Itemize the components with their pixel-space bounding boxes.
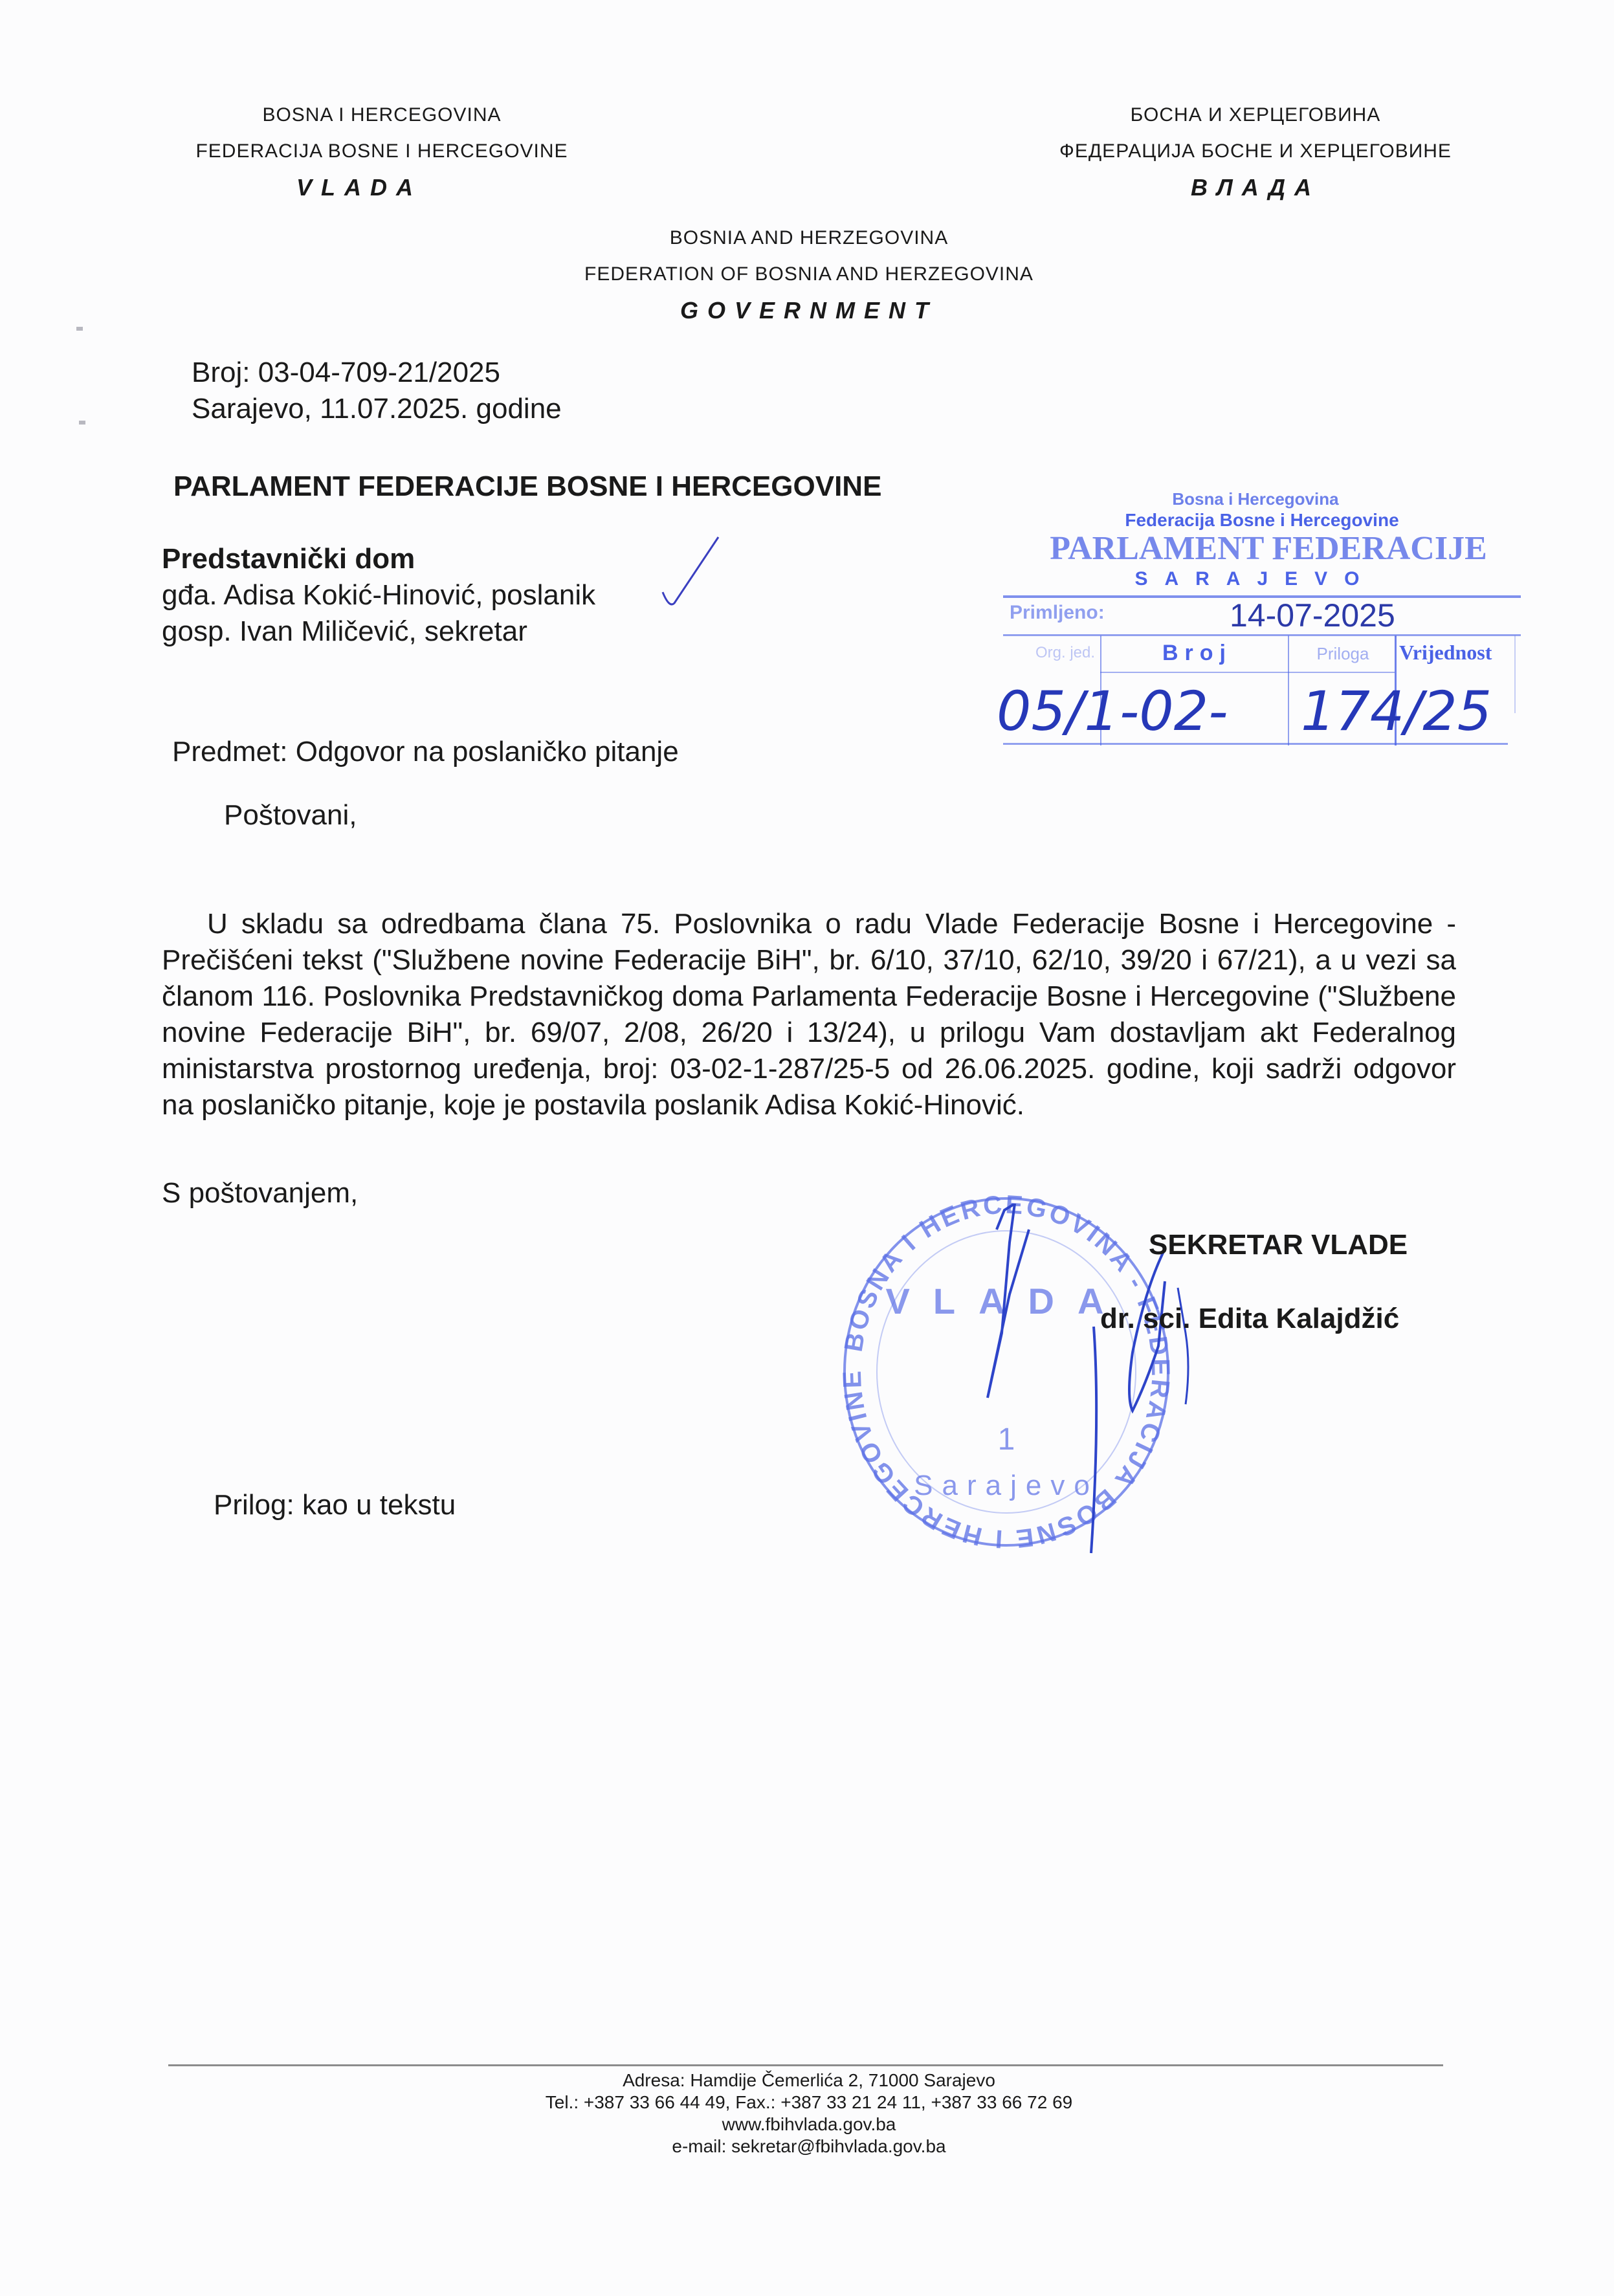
attachment-note: Prilog: kao u tekstu bbox=[214, 1487, 456, 1523]
letterhead-right-government: ВЛАДА bbox=[1029, 170, 1482, 206]
letterhead-center-country: BOSNIA AND HERZEGOVINA bbox=[563, 220, 1055, 256]
reference-block: Broj: 03-04-709-21/2025 Sarajevo, 11.07.… bbox=[192, 355, 562, 427]
stamp-rule bbox=[1003, 634, 1521, 636]
punch-hole-mark bbox=[76, 327, 83, 331]
recipient-house: Predstavnički dom bbox=[162, 541, 595, 577]
stamp-hand-year: /25 bbox=[1404, 679, 1492, 743]
footer-contact: Adresa: Hamdije Čemerlića 2, 71000 Saraj… bbox=[453, 2070, 1165, 2158]
stamp-line-parliament: PARLAMENT FEDERACIJE bbox=[1035, 529, 1501, 568]
recipient-institution: PARLAMENT FEDERACIJE BOSNE I HERCEGOVINE bbox=[173, 469, 881, 505]
stamp-received-date: 14-07-2025 bbox=[1230, 597, 1395, 634]
recipient-person-1: gđa. Adisa Kokić-Hinović, poslanik bbox=[162, 577, 595, 613]
footer-divider bbox=[168, 2064, 1443, 2066]
letterhead-left-federation: FEDERACIJA BOSNE I HERCEGOVINE bbox=[149, 133, 615, 170]
letterhead-right-federation: ФЕДЕРАЦИЈА БОСНЕ И ХЕРЦЕГОВИНЕ bbox=[1029, 133, 1482, 170]
stamp-received-label: Primljeno: bbox=[1010, 602, 1105, 624]
footer-email[interactable]: e-mail: sekretar@fbihvlada.gov.ba bbox=[453, 2136, 1165, 2158]
letterhead-center-government: GOVERNMENT bbox=[563, 293, 1055, 329]
letterhead-center: BOSNIA AND HERZEGOVINA FEDERATION OF BOS… bbox=[563, 220, 1055, 329]
letterhead-left-country: BOSNA I HERCEGOVINA bbox=[149, 97, 615, 133]
received-stamp: Bosna i Hercegovina Federacija Bosne i H… bbox=[984, 485, 1540, 757]
stamp-rule bbox=[1100, 672, 1395, 673]
stamp-line-country: Bosna i Hercegovina bbox=[1100, 489, 1411, 509]
stamp-hand-sequence: 174 bbox=[1301, 679, 1404, 743]
footer-phones: Tel.: +387 33 66 44 49, Fax.: +387 33 21… bbox=[453, 2092, 1165, 2114]
recipient-block: Predstavnički dom gđa. Adisa Kokić-Hinov… bbox=[162, 541, 595, 650]
checkmark-icon bbox=[654, 531, 731, 615]
letterhead-right-country: БОСНА И ХЕРЦЕГОВИНА bbox=[1029, 97, 1482, 133]
recipient-person-2: gosp. Ivan Miličević, sekretar bbox=[162, 613, 595, 650]
signature-title: SEKRETAR VLADE bbox=[1149, 1227, 1408, 1263]
stamp-grid-line bbox=[1514, 635, 1516, 713]
letterhead-left-government: VLADA bbox=[104, 170, 615, 206]
letterhead-center-federation: FEDERATION OF BOSNIA AND HERZEGOVINA bbox=[563, 256, 1055, 293]
stamp-hand-org: 05/1 bbox=[997, 679, 1119, 743]
footer-website[interactable]: www.fbihvlada.gov.ba bbox=[453, 2114, 1165, 2136]
stamp-grid-line bbox=[1288, 635, 1289, 745]
body-paragraph: U skladu sa odredbama člana 75. Poslovni… bbox=[162, 906, 1456, 1123]
signature-name: dr. sci. Edita Kalajdžić bbox=[1100, 1301, 1399, 1337]
stamp-hand-number: -02- bbox=[1120, 679, 1228, 743]
salutation: Poštovani, bbox=[224, 797, 357, 833]
stamp-line-city: SARAJEVO bbox=[1113, 568, 1398, 590]
reference-place-date: Sarajevo, 11.07.2025. godine bbox=[192, 391, 562, 427]
footer-address: Adresa: Hamdije Čemerlića 2, 71000 Saraj… bbox=[453, 2070, 1165, 2092]
punch-hole-mark bbox=[79, 421, 85, 425]
subject-line: Predmet: Odgovor na poslaničko pitanje bbox=[172, 734, 679, 770]
letterhead-right: БОСНА И ХЕРЦЕГОВИНА ФЕДЕРАЦИЈА БОСНЕ И Х… bbox=[1029, 97, 1482, 206]
closing: S poštovanjem, bbox=[162, 1175, 358, 1211]
stamp-col-value: Vrijednost bbox=[1399, 641, 1509, 665]
stamp-col-attachments: Priloga bbox=[1291, 644, 1395, 664]
stamp-col-number: Broj bbox=[1113, 641, 1281, 666]
stamp-rule bbox=[1003, 743, 1508, 745]
reference-number: Broj: 03-04-709-21/2025 bbox=[192, 355, 562, 391]
letterhead-left: BOSNA I HERCEGOVINA FEDERACIJA BOSNE I H… bbox=[149, 97, 615, 206]
stamp-line-federation: Federacija Bosne i Hercegovine bbox=[1081, 510, 1443, 531]
stamp-col-org: Org. jed. bbox=[1035, 644, 1095, 662]
